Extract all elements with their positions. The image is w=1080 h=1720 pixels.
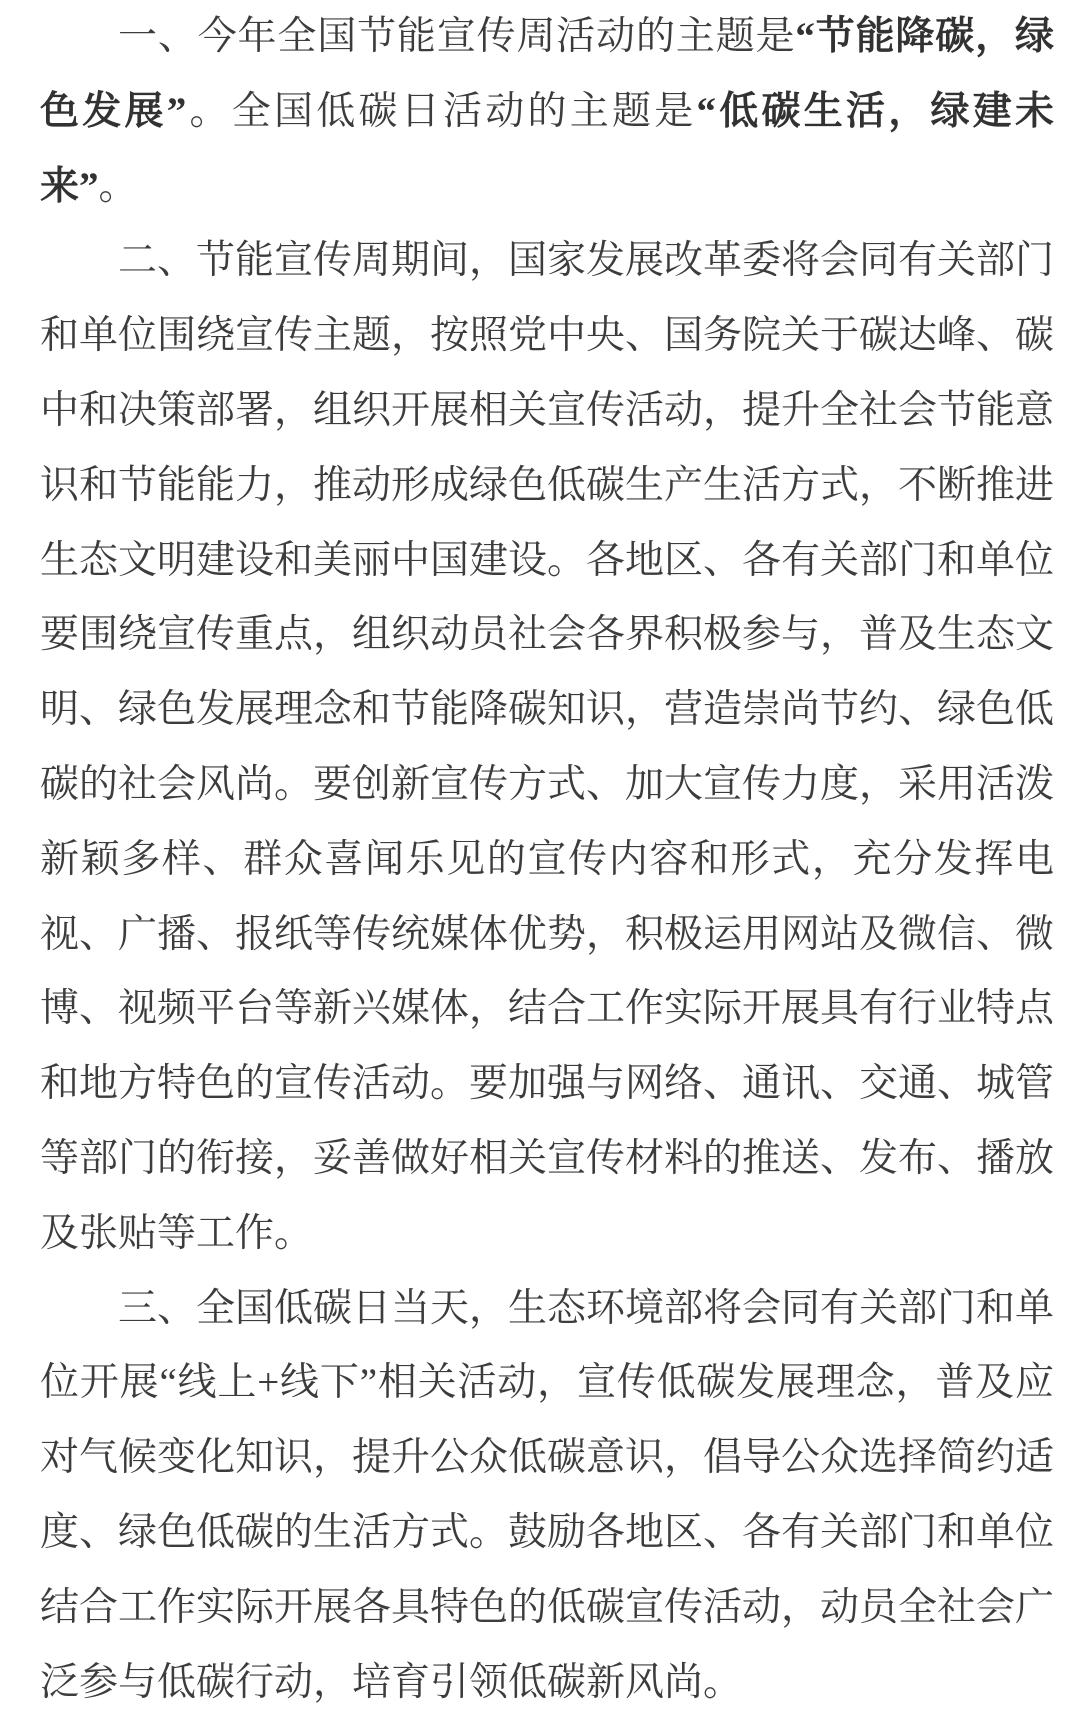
paragraph-publicity-week: 二、节能宣传周期间，国家发展改革委将会同有关部门和单位围绕宣传主题，按照党中央、… [40, 224, 1054, 1271]
paragraph-low-carbon-day: 三、全国低碳日当天，生态环境部将会同有关部门和单位开展“线上+线下”相关活动，宣… [40, 1272, 1054, 1720]
text-segment: 三、全国低碳日当天，生态环境部将会同有关部门和单位开展“线上+线下”相关活动，宣… [40, 1287, 1054, 1704]
text-segment: 。全国低碳日活动的主题是 [186, 90, 696, 133]
paragraph-theme: 一、今年全国节能宣传周活动的主题是“节能降碳，绿色发展”。全国低碳日活动的主题是… [40, 0, 1054, 224]
text-segment: 二、节能宣传周期间，国家发展改革委将会同有关部门和单位围绕宣传主题，按照党中央、… [40, 239, 1054, 1254]
document-page: 一、今年全国节能宣传周活动的主题是“节能降碳，绿色发展”。全国低碳日活动的主题是… [0, 0, 1080, 1720]
document-body: 一、今年全国节能宣传周活动的主题是“节能降碳，绿色发展”。全国低碳日活动的主题是… [40, 0, 1054, 1720]
text-segment: 一、今年全国节能宣传周活动的主题是 [118, 15, 795, 58]
text-segment: 。 [99, 165, 138, 208]
